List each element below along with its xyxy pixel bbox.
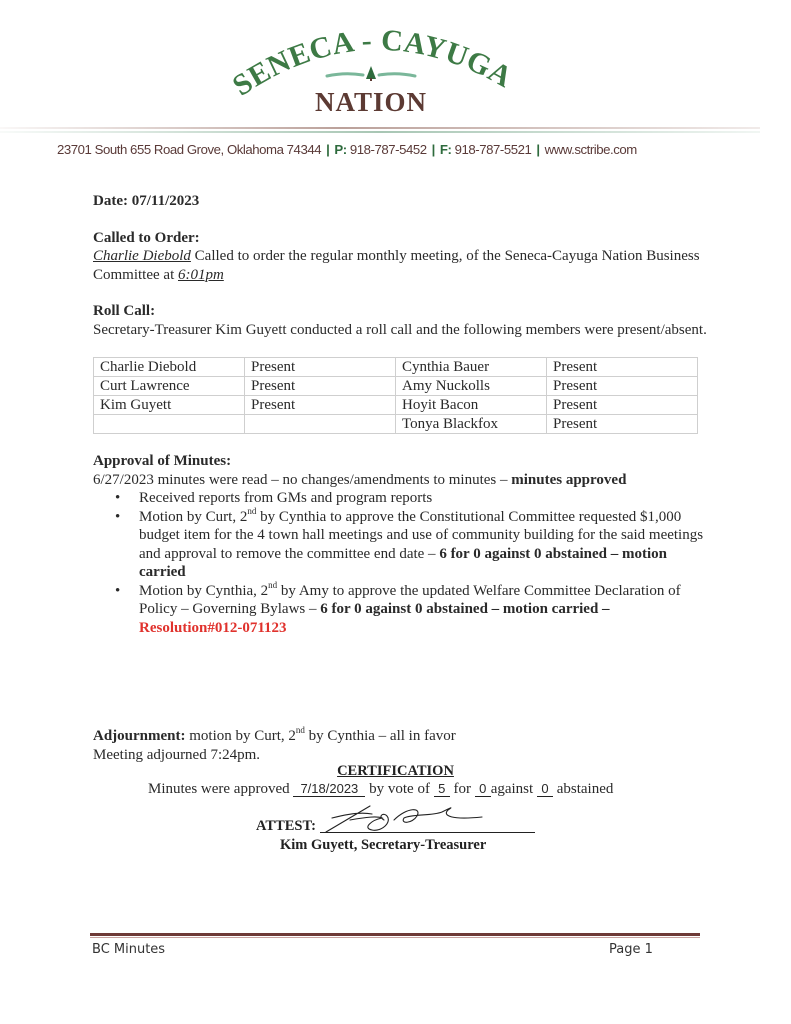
attendance-status: Present — [547, 396, 698, 415]
signer-name: Kim Guyett, Secretary-Treasurer — [280, 837, 486, 854]
member-name: Tonya Blackfox — [396, 415, 547, 434]
attendance-status: Present — [245, 396, 396, 415]
tree-icon — [366, 66, 376, 79]
list-item: Received reports from GMs and program re… — [139, 489, 713, 508]
table-row: Curt LawrencePresentAmy NuckollsPresent — [94, 377, 698, 396]
fax-label: F: — [440, 142, 452, 157]
footer-doc-title: BC Minutes — [92, 942, 165, 957]
attest-label: ATTEST: — [256, 818, 316, 835]
member-name: Kim Guyett — [94, 396, 245, 415]
called-to-order-text: Charlie Diebold Called to order the regu… — [93, 247, 713, 284]
adjournment-time: Meeting adjourned 7:24pm. — [93, 746, 713, 765]
list-item: Motion by Cynthia, 2nd by Amy to approve… — [139, 582, 713, 638]
roll-call-table: Charlie DieboldPresentCynthia BauerPrese… — [93, 357, 698, 434]
table-row: Tonya BlackfoxPresent — [94, 415, 698, 434]
table-row: Kim GuyettPresentHoyit BaconPresent — [94, 396, 698, 415]
attendance-status: Present — [547, 358, 698, 377]
adjournment-section: Adjournment: motion by Curt, 2nd by Cynt… — [93, 727, 713, 764]
attendance-status: Present — [245, 377, 396, 396]
called-to-order-section: Called to Order: Charlie Diebold Called … — [93, 229, 713, 285]
contact-line: 23701 South 655 Road Grove, Oklahoma 743… — [57, 142, 757, 157]
adjournment-heading: Adjournment: — [93, 728, 186, 744]
signature-icon — [322, 802, 487, 834]
attendance-status: Present — [547, 415, 698, 434]
header-divider — [0, 127, 760, 133]
resolution-number: Resolution#012-071123 — [139, 620, 287, 636]
approval-text: 6/27/2023 minutes were read – no changes… — [93, 471, 713, 490]
list-item: Motion by Curt, 2nd by Cynthia to approv… — [139, 508, 713, 582]
member-name: Curt Lawrence — [94, 377, 245, 396]
for-count-field: 5 — [434, 781, 450, 797]
phone: 918-787-5452 — [350, 142, 427, 157]
seneca-cayuga-logo: SENECA - CAYUGA NATION — [230, 22, 510, 117]
approval-heading: Approval of Minutes: — [93, 452, 713, 471]
page-number: Page 1 — [609, 942, 653, 957]
member-name: Charlie Diebold — [94, 358, 245, 377]
roll-call-text: Secretary-Treasurer Kim Guyett conducted… — [93, 321, 713, 340]
table-row: Charlie DieboldPresentCynthia BauerPrese… — [94, 358, 698, 377]
member-name: Hoyit Bacon — [396, 396, 547, 415]
member-name — [94, 415, 245, 434]
certification-title: CERTIFICATION — [0, 763, 791, 780]
approval-bullets: Received reports from GMs and program re… — [93, 489, 713, 637]
called-to-order-heading: Called to Order: — [93, 229, 713, 248]
phone-label: P: — [334, 142, 346, 157]
member-name: Cynthia Bauer — [396, 358, 547, 377]
approval-section: Approval of Minutes: 6/27/2023 minutes w… — [93, 452, 713, 637]
fax: 918-787-5521 — [455, 142, 532, 157]
footer-divider — [90, 933, 700, 938]
meeting-date: Date: 07/11/2023 — [93, 192, 713, 211]
against-count-field: 0 — [475, 781, 491, 797]
website-link[interactable]: www.sctribe.com — [545, 142, 637, 157]
logo-bottom-text: NATION — [315, 87, 427, 117]
attendance-status: Present — [547, 377, 698, 396]
approval-date-field: 7/18/2023 — [293, 781, 365, 797]
minutes-body: Date: 07/11/2023 Called to Order: Charli… — [93, 192, 713, 637]
certification-line: Minutes were approved 7/18/2023 by vote … — [148, 781, 613, 798]
abstained-count-field: 0 — [537, 781, 553, 797]
document-page: SENECA - CAYUGA NATION 23701 South 655 R… — [0, 0, 791, 1024]
attendance-status — [245, 415, 396, 434]
roll-call-section: Roll Call: Secretary-Treasurer Kim Guyet… — [93, 302, 713, 434]
member-name: Amy Nuckolls — [396, 377, 547, 396]
roll-call-heading: Roll Call: — [93, 302, 713, 321]
address: 23701 South 655 Road Grove, Oklahoma 743… — [57, 142, 321, 157]
attendance-status: Present — [245, 358, 396, 377]
